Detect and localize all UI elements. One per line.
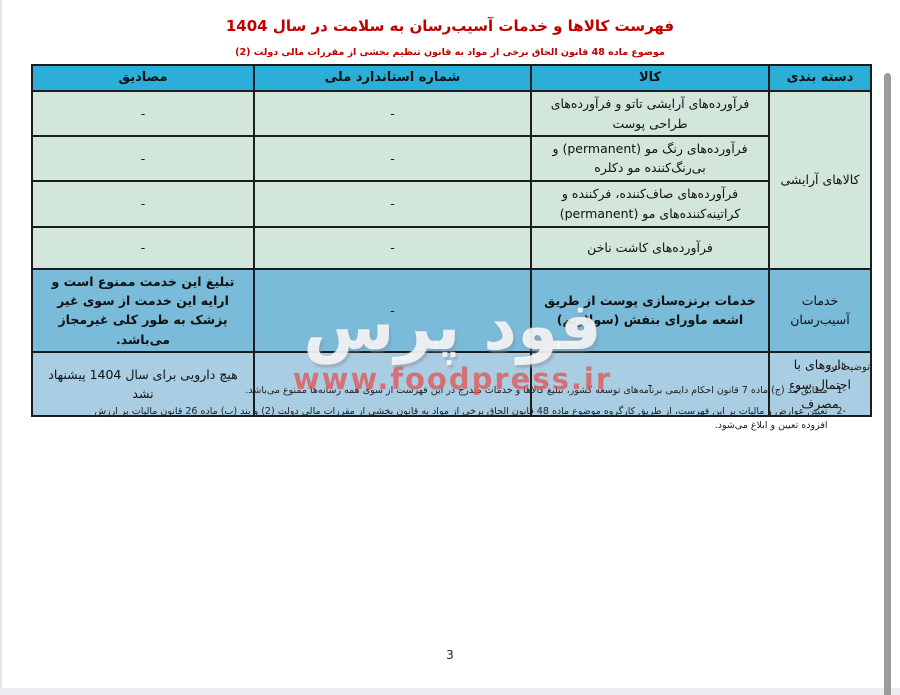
note-text: تعیین عوارض و مالیات بر این فهرست، از طر… bbox=[80, 405, 828, 432]
bottom-page-edge bbox=[0, 688, 900, 695]
standard-cell: - bbox=[254, 91, 531, 136]
standard-cell: - bbox=[254, 269, 531, 353]
category-cell-harmful-services: خدمات آسیب‌رسان bbox=[769, 269, 871, 353]
goods-cell: فرآورده‌های کاشت ناخن bbox=[531, 227, 769, 269]
table-row: کالاهای آرایشی فرآورده‌های آرایشی تاتو و… bbox=[32, 91, 871, 136]
note-number: 2- bbox=[837, 405, 846, 418]
header-examples: مصادیق bbox=[32, 65, 254, 91]
page-subtitle: موضوع ماده 48 قانون الحاق برخی از مواد ب… bbox=[0, 47, 900, 58]
note-number: 1- bbox=[837, 384, 846, 397]
document-page: فهرست کالاها و خدمات آسیب‌رسان به سلامت … bbox=[0, 0, 900, 695]
goods-cell: فرآورده‌های صاف‌کننده، فرکننده و کراتینه… bbox=[531, 181, 769, 227]
standard-cell: - bbox=[254, 181, 531, 227]
vertical-scrollbar[interactable] bbox=[884, 73, 891, 695]
page-left-edge bbox=[0, 0, 2, 695]
standard-cell: - bbox=[254, 227, 531, 269]
examples-cell: - bbox=[32, 91, 254, 136]
notes-section: توضیحات: 1- مطابق بند (ج) ماده 7 قانون ا… bbox=[80, 361, 870, 440]
goods-cell: فرآورده‌های آرایشی تاتو و فرآورده‌های طر… bbox=[531, 91, 769, 136]
table-row: خدمات آسیب‌رسان خدمات برنزه‌سازی پوست از… bbox=[32, 269, 871, 353]
table-row: فرآورده‌های رنگ مو (permanent) و بی‌رنگ‌… bbox=[32, 136, 871, 181]
goods-cell: خدمات برنزه‌سازی پوست از طریق اشعه ماورا… bbox=[531, 269, 769, 353]
table-header-row: دسته بندی کالا شماره استاندارد ملی مصادی… bbox=[32, 65, 871, 91]
page-title: فهرست کالاها و خدمات آسیب‌رسان به سلامت … bbox=[0, 17, 900, 35]
note-item-2: 2- تعیین عوارض و مالیات بر این فهرست، از… bbox=[80, 405, 846, 432]
note-text: مطابق بند (ج) ماده 7 قانون احکام دایمی ب… bbox=[80, 384, 828, 397]
note-item-1: 1- مطابق بند (ج) ماده 7 قانون احکام دایم… bbox=[80, 384, 846, 397]
examples-cell: - bbox=[32, 181, 254, 227]
header-goods: کالا bbox=[531, 65, 769, 91]
examples-cell: تبلیغ این خدمت ممنوع است و ارایه این خدم… bbox=[32, 269, 254, 353]
table-row: فرآورده‌های کاشت ناخن - - bbox=[32, 227, 871, 269]
page-number: 3 bbox=[0, 648, 900, 662]
header-standard: شماره استاندارد ملی bbox=[254, 65, 531, 91]
table-row: فرآورده‌های صاف‌کننده، فرکننده و کراتینه… bbox=[32, 181, 871, 227]
notes-heading: توضیحات: bbox=[80, 361, 870, 375]
standard-cell: - bbox=[254, 136, 531, 181]
examples-cell: - bbox=[32, 227, 254, 269]
header-category: دسته بندی bbox=[769, 65, 871, 91]
category-cell-cosmetics: کالاهای آرایشی bbox=[769, 91, 871, 269]
goods-cell: فرآورده‌های رنگ مو (permanent) و بی‌رنگ‌… bbox=[531, 136, 769, 181]
examples-cell: - bbox=[32, 136, 254, 181]
